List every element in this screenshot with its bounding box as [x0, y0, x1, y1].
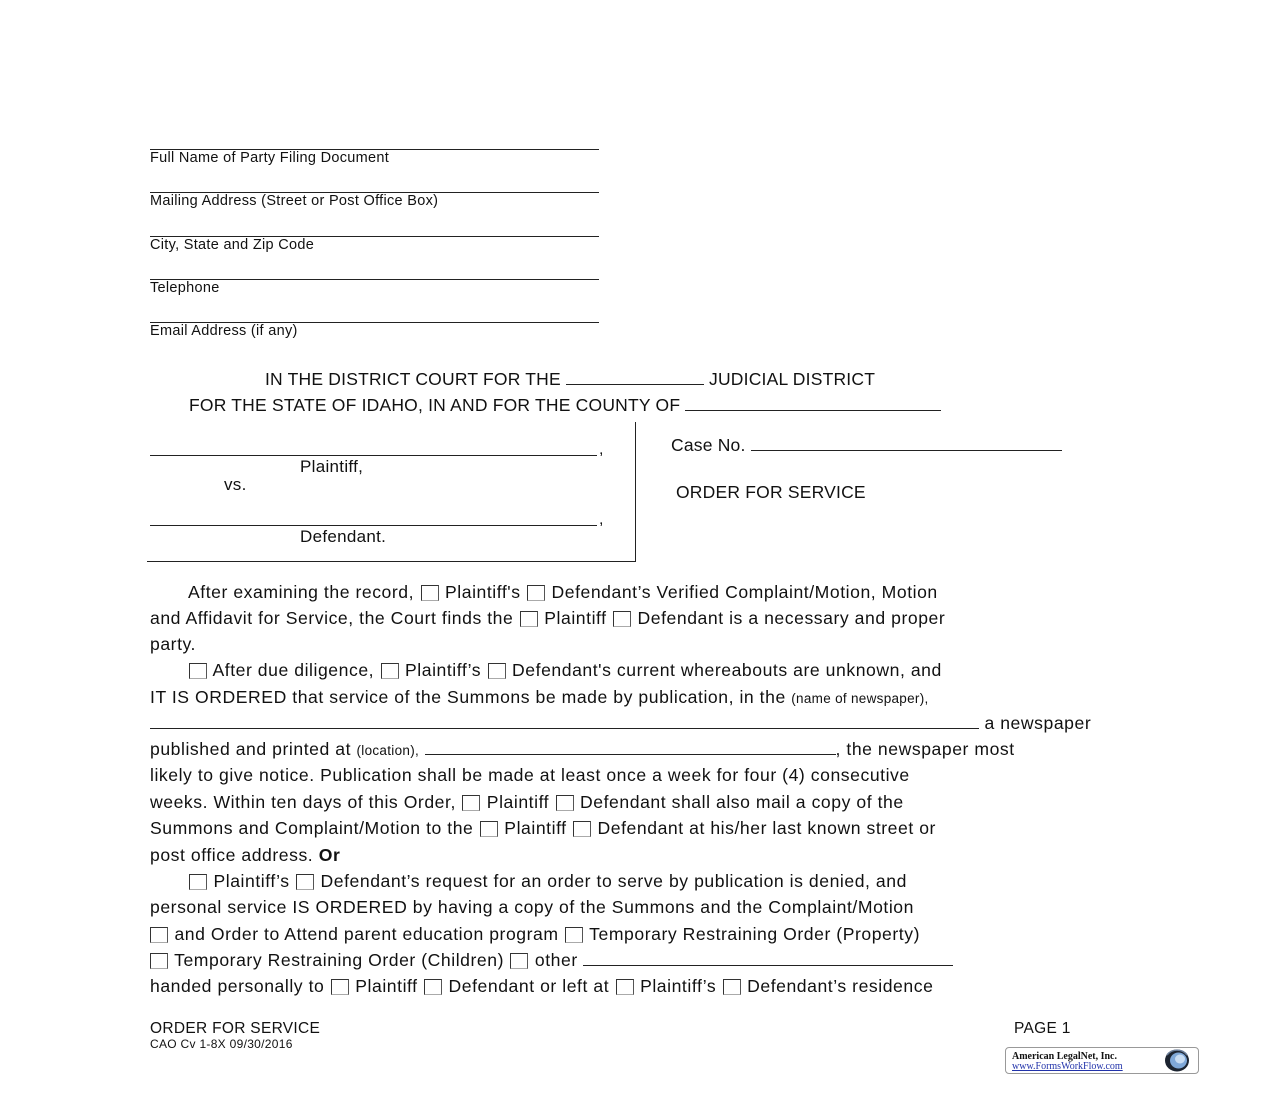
p1-line2: and Affidavit for Service, the Court fin…: [150, 608, 945, 628]
newspaper-hint: (name of newspaper),: [791, 691, 928, 706]
p2-line8: post office address. Or: [150, 845, 340, 865]
to-plaintiff-checkbox[interactable]: [480, 821, 498, 837]
p1-finds-defendant-checkbox[interactable]: [613, 611, 631, 627]
other-field[interactable]: [583, 951, 953, 966]
p3-defendants-checkbox[interactable]: [296, 874, 314, 890]
p3-text: and Order to Attend parent education pro…: [174, 924, 558, 944]
defendant-label: Defendant.: [300, 527, 386, 547]
or-label: Or: [319, 845, 341, 865]
due-diligence-checkbox[interactable]: [189, 663, 207, 679]
p1-defendants-checkbox[interactable]: [527, 585, 545, 601]
p3-text: Temporary Restraining Order (Property): [589, 924, 920, 944]
plaintiff-name-field[interactable]: [150, 455, 597, 456]
to-defendant-checkbox[interactable]: [573, 821, 591, 837]
residence-defendant-checkbox[interactable]: [723, 979, 741, 995]
case-no-field[interactable]: [751, 436, 1062, 451]
handed-plaintiff-checkbox[interactable]: [331, 979, 349, 995]
p2-text: Defendant at his/her last known street o…: [598, 818, 936, 838]
p1-text: Plaintiff: [544, 608, 606, 628]
case-no: Case No.: [671, 435, 1062, 456]
p3-text: Defendant or left at: [449, 976, 610, 996]
p3-line5: handed personally to Plaintiff Defendant…: [150, 976, 933, 996]
p2-text: After due diligence,: [212, 660, 374, 680]
parent-education-checkbox[interactable]: [150, 927, 168, 943]
american-legalnet-logo[interactable]: American LegalNet, Inc. www.FormsWorkFlo…: [1005, 1047, 1199, 1074]
location-field[interactable]: [425, 740, 836, 755]
globe-icon: [1164, 1049, 1190, 1072]
residence-plaintiff-checkbox[interactable]: [616, 979, 634, 995]
p2-line7: Summons and Complaint/Motion to the Plai…: [150, 818, 936, 838]
footer-title: ORDER FOR SERVICE: [150, 1020, 320, 1038]
p2-text: Summons and Complaint/Motion to the: [150, 818, 473, 838]
p1-text: Plaintiff's: [445, 582, 521, 602]
other-checkbox[interactable]: [510, 953, 528, 969]
p3-line1: Plaintiff’s Defendant’s request for an o…: [188, 871, 907, 891]
plaintiff-label: Plaintiff,: [300, 457, 363, 477]
p3-text: Defendant’s residence: [747, 976, 933, 996]
p3-plaintiffs-checkbox[interactable]: [189, 874, 207, 890]
p1-plaintiffs-checkbox[interactable]: [421, 585, 439, 601]
vs-label: vs.: [224, 475, 247, 495]
mail-plaintiff-checkbox[interactable]: [462, 795, 480, 811]
email-label: Email Address (if any): [150, 323, 298, 339]
page-number: PAGE 1: [1014, 1020, 1071, 1038]
p1-text: After examining the record,: [188, 582, 414, 602]
p2-line4: published and printed at (location), , t…: [150, 739, 1015, 761]
location-hint: (location),: [356, 743, 419, 758]
defendant-comma: ,: [599, 511, 604, 529]
p2-text: Plaintiff: [504, 818, 566, 838]
p2-line5: likely to give notice. Publication shall…: [150, 765, 910, 785]
p2-text: Plaintiff’s: [405, 660, 481, 680]
p2-text: post office address.: [150, 845, 313, 865]
court-header-line1: IN THE DISTRICT COURT FOR THE JUDICIAL D…: [265, 369, 875, 390]
p3-text: Plaintiff’s: [213, 871, 289, 891]
p2-text: a newspaper: [984, 713, 1091, 733]
case-no-label: Case No.: [671, 435, 746, 455]
p1-text: Defendant is a necessary and proper: [638, 608, 946, 628]
p2-text: Defendant shall also mail a copy of the: [580, 792, 904, 812]
mail-defendant-checkbox[interactable]: [556, 795, 574, 811]
caption-bottom-rule: [147, 561, 636, 562]
city-state-zip-label: City, State and Zip Code: [150, 237, 314, 253]
p2-plaintiffs-checkbox[interactable]: [381, 663, 399, 679]
p2-text: weeks. Within ten days of this Order,: [150, 792, 456, 812]
p1-finds-plaintiff-checkbox[interactable]: [520, 611, 538, 627]
p2-text: Plaintiff: [487, 792, 549, 812]
p3-text: other: [535, 950, 578, 970]
p2-text: published and printed at: [150, 739, 351, 759]
p2-line1: After due diligence, Plaintiff’s Defenda…: [188, 660, 942, 680]
p2-text: IT IS ORDERED that service of the Summon…: [150, 687, 786, 707]
full-name-label: Full Name of Party Filing Document: [150, 150, 389, 166]
p1-line1: After examining the record, Plaintiff's …: [188, 582, 938, 602]
p3-text: Plaintiff: [355, 976, 417, 996]
court-header-suffix: JUDICIAL DISTRICT: [709, 369, 875, 389]
p3-text: Temporary Restraining Order (Children): [174, 950, 504, 970]
p1-text: and Affidavit for Service, the Court fin…: [150, 608, 513, 628]
p3-text: Defendant’s request for an order to serv…: [321, 871, 907, 891]
p3-line2: personal service IS ORDERED by having a …: [150, 897, 914, 917]
logo-url-link[interactable]: www.FormsWorkFlow.com: [1012, 1061, 1123, 1072]
p1-line3: party.: [150, 634, 196, 654]
p2-defendants-checkbox[interactable]: [488, 663, 506, 679]
county-field[interactable]: [685, 396, 941, 411]
document-title: ORDER FOR SERVICE: [676, 482, 866, 503]
p2-text: , the newspaper most: [836, 739, 1015, 759]
form-code: CAO Cv 1-8X 09/30/2016: [150, 1037, 293, 1051]
mailing-address-label: Mailing Address (Street or Post Office B…: [150, 193, 438, 209]
tro-property-checkbox[interactable]: [565, 927, 583, 943]
caption-divider: [635, 422, 636, 561]
p3-text: handed personally to: [150, 976, 324, 996]
p2-line2: IT IS ORDERED that service of the Summon…: [150, 687, 929, 709]
defendant-name-field[interactable]: [150, 525, 597, 526]
telephone-label: Telephone: [150, 280, 220, 296]
p2-line3: a newspaper: [150, 713, 1091, 733]
newspaper-name-field[interactable]: [150, 714, 979, 729]
tro-children-checkbox[interactable]: [150, 953, 168, 969]
p2-line6: weeks. Within ten days of this Order, Pl…: [150, 792, 904, 812]
p2-text: Defendant's current whereabouts are unkn…: [512, 660, 942, 680]
p3-line4: Temporary Restraining Order (Children) o…: [150, 950, 953, 970]
p1-text: Defendant’s Verified Complaint/Motion, M…: [551, 582, 937, 602]
p3-text: Plaintiff’s: [640, 976, 716, 996]
handed-defendant-checkbox[interactable]: [424, 979, 442, 995]
p3-line3: and Order to Attend parent education pro…: [150, 924, 920, 944]
plaintiff-comma: ,: [599, 441, 604, 459]
judicial-district-field[interactable]: [566, 370, 704, 385]
court-header-prefix: IN THE DISTRICT COURT FOR THE: [265, 369, 561, 389]
state-county-text: FOR THE STATE OF IDAHO, IN AND FOR THE C…: [189, 395, 680, 415]
court-header-line2: FOR THE STATE OF IDAHO, IN AND FOR THE C…: [189, 395, 941, 416]
